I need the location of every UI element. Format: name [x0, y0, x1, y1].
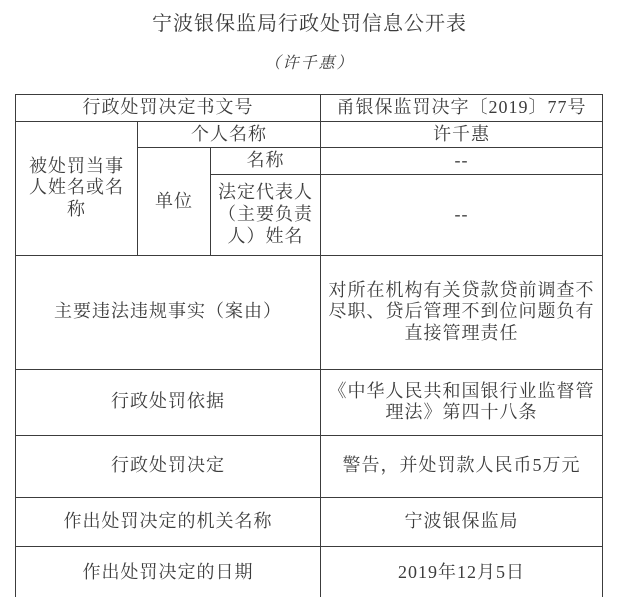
- decision-date-label: 作出处罚决定的日期: [16, 546, 321, 597]
- legal-representative-value: --: [321, 174, 603, 255]
- violation-facts-value: 对所在机构有关贷款贷前调查不尽职、贷后管理不到位问题负有直接管理责任: [321, 255, 603, 369]
- org-name-value: --: [321, 148, 603, 175]
- table-row: 行政处罚决定 警告，并处罚款人民币5万元: [16, 435, 603, 497]
- penalty-decision-label: 行政处罚决定: [16, 435, 321, 497]
- personal-name-value: 许千惠: [321, 121, 603, 148]
- table-row: 被处罚当事人姓名或名称 个人名称 许千惠: [16, 121, 603, 148]
- legal-representative-label: 法定代表人（主要负责人）姓名: [211, 174, 321, 255]
- org-name-label: 名称: [211, 148, 321, 175]
- penalty-basis-label: 行政处罚依据: [16, 369, 321, 435]
- penalty-info-table: 行政处罚决定书文号 甬银保监罚决字〔2019〕77号 被处罚当事人姓名或名称 个…: [15, 94, 603, 597]
- table-row: 行政处罚决定书文号 甬银保监罚决字〔2019〕77号: [16, 95, 603, 122]
- table-row: 行政处罚依据 《中华人民共和国银行业监督管理法》第四十八条: [16, 369, 603, 435]
- page-title: 宁波银保监局行政处罚信息公开表: [0, 11, 619, 38]
- table-row: 作出处罚决定的机关名称 宁波银保监局: [16, 497, 603, 546]
- personal-name-label: 个人名称: [138, 121, 321, 148]
- violation-facts-label: 主要违法违规事实（案由）: [16, 255, 321, 369]
- deciding-authority-label: 作出处罚决定的机关名称: [16, 497, 321, 546]
- table-row: 作出处罚决定的日期 2019年12月5日: [16, 546, 603, 597]
- table-row: 主要违法违规事实（案由） 对所在机构有关贷款贷前调查不尽职、贷后管理不到位问题负…: [16, 255, 603, 369]
- penalty-decision-value: 警告，并处罚款人民币5万元: [321, 435, 603, 497]
- penalty-disclosure-document: 宁波银保监局行政处罚信息公开表 （许千惠） 行政处罚决定书文号 甬银保监罚决字〔…: [0, 0, 619, 597]
- decision-date-value: 2019年12月5日: [321, 546, 603, 597]
- deciding-authority-value: 宁波银保监局: [321, 497, 603, 546]
- penalty-basis-value: 《中华人民共和国银行业监督管理法》第四十八条: [321, 369, 603, 435]
- doc-number-value: 甬银保监罚决字〔2019〕77号: [321, 95, 603, 122]
- page-subtitle: （许千惠）: [0, 53, 619, 75]
- party-name-label: 被处罚当事人姓名或名称: [16, 121, 138, 255]
- doc-number-label: 行政处罚决定书文号: [16, 95, 321, 122]
- org-label: 单位: [138, 148, 211, 256]
